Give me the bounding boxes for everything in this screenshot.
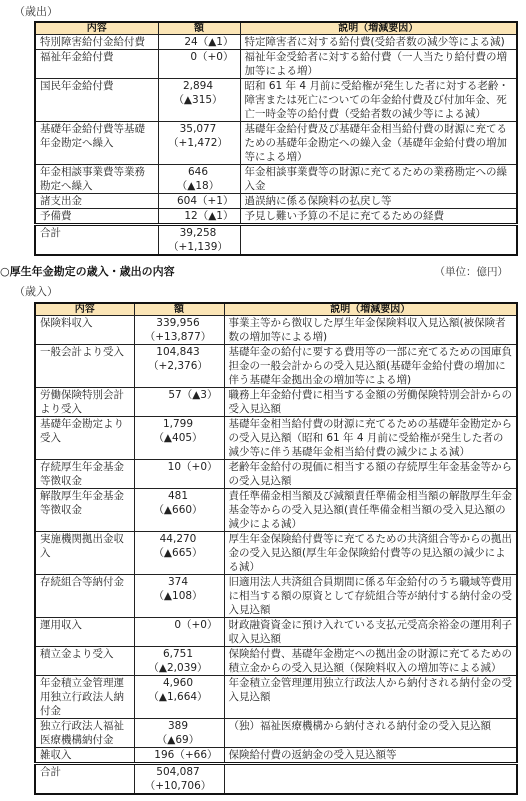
item-cell: 予備費 [35,209,158,225]
item-cell: 合計 [35,225,158,256]
item-cell: 存続組合等納付金 [35,575,134,618]
expenditure-caption: （歳出） [14,5,58,19]
table-row: 存続厚生年金基金等徴収金10（+0）老齢年金給付の現価に相当する額の存続厚生年金… [35,460,517,489]
amount-change: （▲69） [139,733,218,747]
amount-value: 39,258 [163,226,234,240]
table-row: 年金相談事業費等業務勘定へ繰入646（▲18）年金相談事業費等の財源に充てるため… [35,165,517,194]
table-header-row: 内容 額 説明（増減要因） [35,303,517,316]
amount-value: 24（▲1） [163,35,234,49]
item-cell: 基礎年金給付費等基礎年金勘定へ繰入 [35,122,158,165]
amount-value: 604（+1） [163,194,234,208]
table-row: 積立金より受入6,751（▲2,039）保険給付費、基礎年金勘定への拠出金の財源… [35,647,517,676]
amount-value: 2,894 [163,79,234,93]
amount-cell: 24（▲1） [158,35,240,50]
table-row: 実施機関拠出金収入44,270（▲665）厚生年金保険給付費等に充てるための共済… [35,532,517,575]
amount-cell: 646（▲18） [158,165,240,194]
amount-value: 12（▲1） [163,209,234,223]
amount-change: （▲315） [163,93,234,107]
table-row: 予備費12（▲1）予見し難い予算の不足に充てるための経費 [35,209,517,225]
total-row: 合計39,258（+1,139） [35,225,517,256]
description-cell [240,225,517,256]
amount-cell: 4,960（▲1,664） [134,676,224,719]
table-row: 雑収入196（+66）保険給付費の返納金の受入見込額等 [35,748,517,764]
item-cell: 解散厚生年金基金等徴収金 [35,489,134,532]
expenditure-table: 内容 額 説明（増減要因） 特別障害給付金給付費24（▲1）特定障害者に対する給… [34,21,518,256]
amount-cell: 196（+66） [134,748,224,764]
item-cell: 年金相談事業費等業務勘定へ繰入 [35,165,158,194]
item-cell: 運用収入 [35,618,134,647]
amount-cell: 374（▲108） [134,575,224,618]
amount-cell: 504,087（+10,706） [134,764,224,795]
item-cell: 積立金より受入 [35,647,134,676]
description-cell: 保険給付費、基礎年金勘定への拠出金の財源に充てるための積立金からの受入見込額（保… [224,647,517,676]
table-row: 労働保険特別会計より受入57（▲3）職務上年金給付費に相当する金額の労働保険特別… [35,388,517,417]
table-row: 存続組合等納付金374（▲108）旧適用法人共済組合員期間に係る年金給付のうち職… [35,575,517,618]
amount-value: 10（+0） [139,460,218,474]
amount-change: （▲108） [139,589,218,603]
item-cell: 合計 [35,764,134,795]
amount-value: 35,077 [163,122,234,136]
description-cell: 基礎年金の給付に要する費用等の一部に充てるための国庫負担金の一般会計からの受入見… [224,345,517,388]
table-row: 基礎年金勘定より受入1,799（▲405）基礎年金相当給付費の財源に充てるための… [35,417,517,460]
amount-change: （+13,877） [139,330,218,344]
amount-cell: 604（+1） [158,194,240,209]
column-header-description: 説明（増減要因） [224,303,517,316]
description-cell: 福祉年金受給者に対する給付費（一人当たり給付費の増加等による増） [240,50,517,79]
amount-value: 374 [139,575,218,589]
item-cell: 諸支出金 [35,194,158,209]
item-cell: 雑収入 [35,748,134,764]
amount-cell: 57（▲3） [134,388,224,417]
description-cell: 責任準備金相当額及び減額責任準備金相当額の解散厚生年金基金等からの受入見込額(責… [224,489,517,532]
column-header-item: 内容 [35,22,158,35]
amount-change: （▲2,039） [139,661,218,675]
column-header-amount: 額 [158,22,240,35]
item-cell: 労働保険特別会計より受入 [35,388,134,417]
amount-value: 389 [139,719,218,733]
table-row: 一般会計より受入104,843（+2,376）基礎年金の給付に要する費用等の一部… [35,345,517,388]
item-cell: 実施機関拠出金収入 [35,532,134,575]
amount-value: 1,799 [139,417,218,431]
description-cell: 基礎年金給付費及び基礎年金相当給付費の財源に充てるための基礎年金勘定への繰入金（… [240,122,517,165]
item-cell: 存続厚生年金基金等徴収金 [35,460,134,489]
amount-change: （▲665） [139,546,218,560]
amount-value: 57（▲3） [139,388,218,402]
item-cell: 特別障害給付金給付費 [35,35,158,50]
item-cell: 保険料収入 [35,316,134,345]
revenue-table: 内容 額 説明（増減要因） 保険料収入339,956（+13,877）事業主等か… [34,302,518,795]
amount-cell: 10（+0） [134,460,224,489]
amount-cell: 12（▲1） [158,209,240,225]
description-cell: （独）福祉医療機構から納付される納付金の受入見込額 [224,719,517,748]
revenue-caption: （歳入） [14,285,58,299]
total-row: 合計504,087（+10,706） [35,764,517,795]
amount-cell: 0（+0） [134,618,224,647]
item-cell: 福祉年金給付費 [35,50,158,79]
amount-value: 0（+0） [163,50,234,64]
amount-change: （▲18） [163,179,234,193]
description-cell: 老齢年金給付の現価に相当する額の存続厚生年金基金等からの受入見込額 [224,460,517,489]
description-cell: 昭和 61 年 4 月前に受給権が発生した者に対する老齢・障害または死亡について… [240,79,517,122]
table-row: 基礎年金給付費等基礎年金勘定へ繰入35,077（+1,472）基礎年金給付費及び… [35,122,517,165]
column-header-item: 内容 [35,303,134,316]
description-cell: 事業主等から徴収した厚生年金保険料収入見込額(被保険者数の増加等による増) [224,316,517,345]
amount-value: 504,087 [139,765,218,779]
column-header-description: 説明（増減要因） [240,22,517,35]
amount-cell: 39,258（+1,139） [158,225,240,256]
amount-cell: 2,894（▲315） [158,79,240,122]
description-cell [224,764,517,795]
amount-change: （▲1,664） [139,690,218,704]
item-cell: 独立行政法人福祉医療機構納付金 [35,719,134,748]
amount-cell: 1,799（▲405） [134,417,224,460]
amount-value: 4,960 [139,676,218,690]
description-cell: 旧適用法人共済組合員期間に係る年金給付のうち職域等費用に相当する額の原資として存… [224,575,517,618]
description-cell: 予見し難い予算の不足に充てるための経費 [240,209,517,225]
description-cell: 基礎年金相当給付費の財源に充てるための基礎年金勘定からの受入見込額（昭和 61 … [224,417,517,460]
description-cell: 厚生年金保険給付費等に充てるための共済組合等からの拠出金の受入見込額(厚生年金保… [224,532,517,575]
column-header-amount: 額 [134,303,224,316]
amount-cell: 44,270（▲665） [134,532,224,575]
amount-value: 481 [139,489,218,503]
table-row: 福祉年金給付費0（+0）福祉年金受給者に対する給付費（一人当たり給付費の増加等に… [35,50,517,79]
amount-cell: 0（+0） [158,50,240,79]
amount-value: 44,270 [139,532,218,546]
amount-change: （▲405） [139,431,218,445]
amount-change: （+2,376） [139,359,218,373]
amount-cell: 339,956（+13,877） [134,316,224,345]
table-row: 運用収入0（+0）財政融資資金に預け入れている支払元受高余裕金の運用利子収入見込… [35,618,517,647]
section-title: ○厚生年金勘定の歳入・歳出の内容 [0,265,175,279]
amount-cell: 481（▲660） [134,489,224,532]
description-cell: 保険給付費の返納金の受入見込額等 [224,748,517,764]
item-cell: 一般会計より受入 [35,345,134,388]
item-cell: 基礎年金勘定より受入 [35,417,134,460]
amount-change: （+10,706） [139,779,218,793]
amount-value: 0（+0） [139,618,218,632]
amount-value: 6,751 [139,647,218,661]
amount-change: （+1,139） [163,240,234,254]
item-cell: 年金積立金管理運用独立行政法人納付金 [35,676,134,719]
amount-value: 339,956 [139,316,218,330]
table-row: 独立行政法人福祉医療機構納付金389（▲69）（独）福祉医療機構から納付される納… [35,719,517,748]
table-row: 解散厚生年金基金等徴収金481（▲660）責任準備金相当額及び減額責任準備金相当… [35,489,517,532]
amount-change: （+1,472） [163,136,234,150]
description-cell: 財政融資資金に預け入れている支払元受高余裕金の運用利子収入見込額 [224,618,517,647]
amount-change: （▲660） [139,503,218,517]
table-row: 保険料収入339,956（+13,877）事業主等から徴収した厚生年金保険料収入… [35,316,517,345]
table-header-row: 内容 額 説明（増減要因） [35,22,517,35]
description-cell: 職務上年金給付費に相当する金額の労働保険特別会計からの受入見込額 [224,388,517,417]
table-row: 国民年金給付費2,894（▲315）昭和 61 年 4 月前に受給権が発生した者… [35,79,517,122]
item-cell: 国民年金給付費 [35,79,158,122]
description-cell: 過誤納に係る保険料の払戻し等 [240,194,517,209]
table-row: 特別障害給付金給付費24（▲1）特定障害者に対する給付費(受給者数の減少等による… [35,35,517,50]
table-row: 諸支出金604（+1）過誤納に係る保険料の払戻し等 [35,194,517,209]
amount-cell: 35,077（+1,472） [158,122,240,165]
amount-value: 104,843 [139,345,218,359]
amount-value: 646 [163,165,234,179]
description-cell: 年金相談事業費等の財源に充てるための業務勘定への繰入金 [240,165,517,194]
description-cell: 特定障害者に対する給付費(受給者数の減少等による減) [240,35,517,50]
unit-label: （単位：億円） [435,265,509,279]
amount-cell: 6,751（▲2,039） [134,647,224,676]
amount-cell: 389（▲69） [134,719,224,748]
table-row: 年金積立金管理運用独立行政法人納付金4,960（▲1,664）年金積立金管理運用… [35,676,517,719]
amount-value: 196（+66） [139,748,218,762]
amount-cell: 104,843（+2,376） [134,345,224,388]
description-cell: 年金積立金管理運用独立行政法人から納付される納付金の受入見込額 [224,676,517,719]
